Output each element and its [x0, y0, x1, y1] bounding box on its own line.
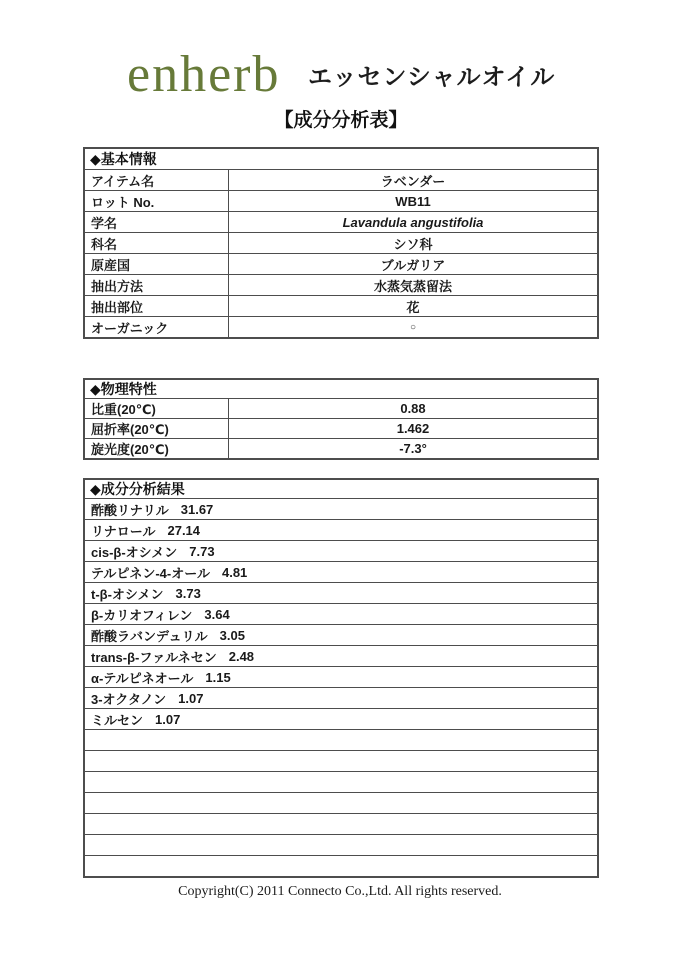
- table-row: trans-β-ファルネセン 2.48: [85, 645, 597, 666]
- row-value: 水蒸気蒸留法: [229, 276, 597, 295]
- table-row: 3-オクタノン 1.07: [85, 687, 597, 708]
- table-row: 科名 シソ科: [85, 232, 597, 253]
- component-name: ミルセン: [85, 710, 143, 729]
- section-title-results: ◆成分分析結果: [85, 480, 597, 498]
- component-name: trans-β-ファルネセン: [85, 647, 217, 666]
- table-row: 屈折率(20℃) 1.462: [85, 418, 597, 438]
- component-name: 酢酸ラバンデュリル: [85, 626, 208, 645]
- row-label: 学名: [85, 212, 229, 232]
- component-percentage: 1.15: [205, 670, 230, 685]
- empty-rows: [85, 729, 597, 876]
- component-name: リナロール: [85, 521, 155, 540]
- table-row: 原産国 ブルガリア: [85, 253, 597, 274]
- component-name: t-β-オシメン: [85, 584, 164, 603]
- empty-row: [85, 729, 597, 750]
- row-label: 抽出方法: [85, 275, 229, 295]
- row-value: ○: [229, 322, 597, 333]
- section-title-basic-info: ◆基本情報: [85, 149, 597, 169]
- document-title: 【成分分析表】: [83, 105, 599, 132]
- table-row: 抽出部位 花: [85, 295, 597, 316]
- component-percentage: 27.14: [167, 523, 200, 538]
- component-name: 酢酸リナリル: [85, 500, 169, 519]
- row-label: 原産国: [85, 254, 229, 274]
- result-rows: 酢酸リナリル 31.67 リナロール 27.14 cis-β-オシメン 7.73…: [85, 498, 597, 729]
- table-row: 酢酸ラバンデュリル 3.05: [85, 624, 597, 645]
- row-value: WB11: [229, 194, 597, 209]
- component-name: β-カリオフィレン: [85, 605, 192, 624]
- component-percentage: 3.05: [220, 628, 245, 643]
- table-row: 抽出方法 水蒸気蒸留法: [85, 274, 597, 295]
- row-label: 旋光度(20℃): [85, 439, 229, 458]
- component-name: α-テルピネオール: [85, 668, 193, 687]
- row-label: 科名: [85, 233, 229, 253]
- table-row: 学名 Lavandula angustifolia: [85, 211, 597, 232]
- table-row: t-β-オシメン 3.73: [85, 582, 597, 603]
- table-row: α-テルピネオール 1.15: [85, 666, 597, 687]
- row-label: ロット No.: [85, 191, 229, 211]
- copyright-text: Copyright(C) 2011 Connecto Co.,Ltd. All …: [0, 884, 680, 900]
- table-row: 旋光度(20℃) -7.3°: [85, 438, 597, 458]
- table-row: オーガニック ○: [85, 316, 597, 337]
- physical-rows: 比重(20℃) 0.88 屈折率(20℃) 1.462 旋光度(20℃) -7.…: [85, 398, 597, 458]
- empty-row: [85, 750, 597, 771]
- table-row: 酢酸リナリル 31.67: [85, 498, 597, 519]
- row-value: ブルガリア: [229, 255, 597, 274]
- row-label: オーガニック: [85, 317, 229, 337]
- table-row: テルピネン-4-オール 4.81: [85, 561, 597, 582]
- table-row: cis-β-オシメン 7.73: [85, 540, 597, 561]
- physical-properties-table: ◆物理特性 比重(20℃) 0.88 屈折率(20℃) 1.462 旋光度(20…: [83, 378, 599, 460]
- component-percentage: 3.73: [176, 586, 201, 601]
- row-label: 抽出部位: [85, 296, 229, 316]
- row-label: 屈折率(20℃): [85, 419, 229, 438]
- row-label: 比重(20℃): [85, 399, 229, 418]
- enherb-logo: enherb: [127, 48, 280, 103]
- component-percentage: 7.73: [189, 544, 214, 559]
- basic-info-table: ◆基本情報 アイテム名 ラベンダー ロット No. WB11 学名 Lavand…: [83, 147, 599, 339]
- component-percentage: 4.81: [222, 565, 247, 580]
- product-type-label: エッセンシャルオイル: [308, 57, 555, 92]
- analysis-results-table: ◆成分分析結果 酢酸リナリル 31.67 リナロール 27.14 cis-β-オ…: [83, 478, 599, 878]
- table-row: β-カリオフィレン 3.64: [85, 603, 597, 624]
- row-value: ラベンダー: [229, 171, 597, 190]
- row-value: 1.462: [229, 421, 597, 436]
- component-analysis-sheet: enherb エッセンシャルオイル 【成分分析表】 ◆基本情報 アイテム名 ラベ…: [0, 0, 680, 962]
- component-percentage: 3.64: [204, 607, 229, 622]
- table-row: リナロール 27.14: [85, 519, 597, 540]
- row-value: 0.88: [229, 401, 597, 416]
- empty-row: [85, 792, 597, 813]
- row-value: Lavandula angustifolia: [229, 215, 597, 230]
- empty-row: [85, 813, 597, 834]
- component-percentage: 1.07: [155, 712, 180, 727]
- empty-row: [85, 855, 597, 876]
- component-name: 3-オクタノン: [85, 689, 166, 708]
- section-title-physical: ◆物理特性: [85, 380, 597, 398]
- component-percentage: 2.48: [229, 649, 254, 664]
- component-percentage: 31.67: [181, 502, 214, 517]
- empty-row: [85, 771, 597, 792]
- component-name: テルピネン-4-オール: [85, 563, 210, 582]
- row-value: シソ科: [229, 234, 597, 253]
- basic-info-rows: アイテム名 ラベンダー ロット No. WB11 学名 Lavandula an…: [85, 169, 597, 337]
- row-value: 花: [229, 297, 597, 316]
- component-name: cis-β-オシメン: [85, 542, 177, 561]
- table-row: アイテム名 ラベンダー: [85, 169, 597, 190]
- empty-row: [85, 834, 597, 855]
- table-row: 比重(20℃) 0.88: [85, 398, 597, 418]
- component-percentage: 1.07: [178, 691, 203, 706]
- row-label: アイテム名: [85, 170, 229, 190]
- table-row: ミルセン 1.07: [85, 708, 597, 729]
- row-value: -7.3°: [229, 441, 597, 456]
- table-row: ロット No. WB11: [85, 190, 597, 211]
